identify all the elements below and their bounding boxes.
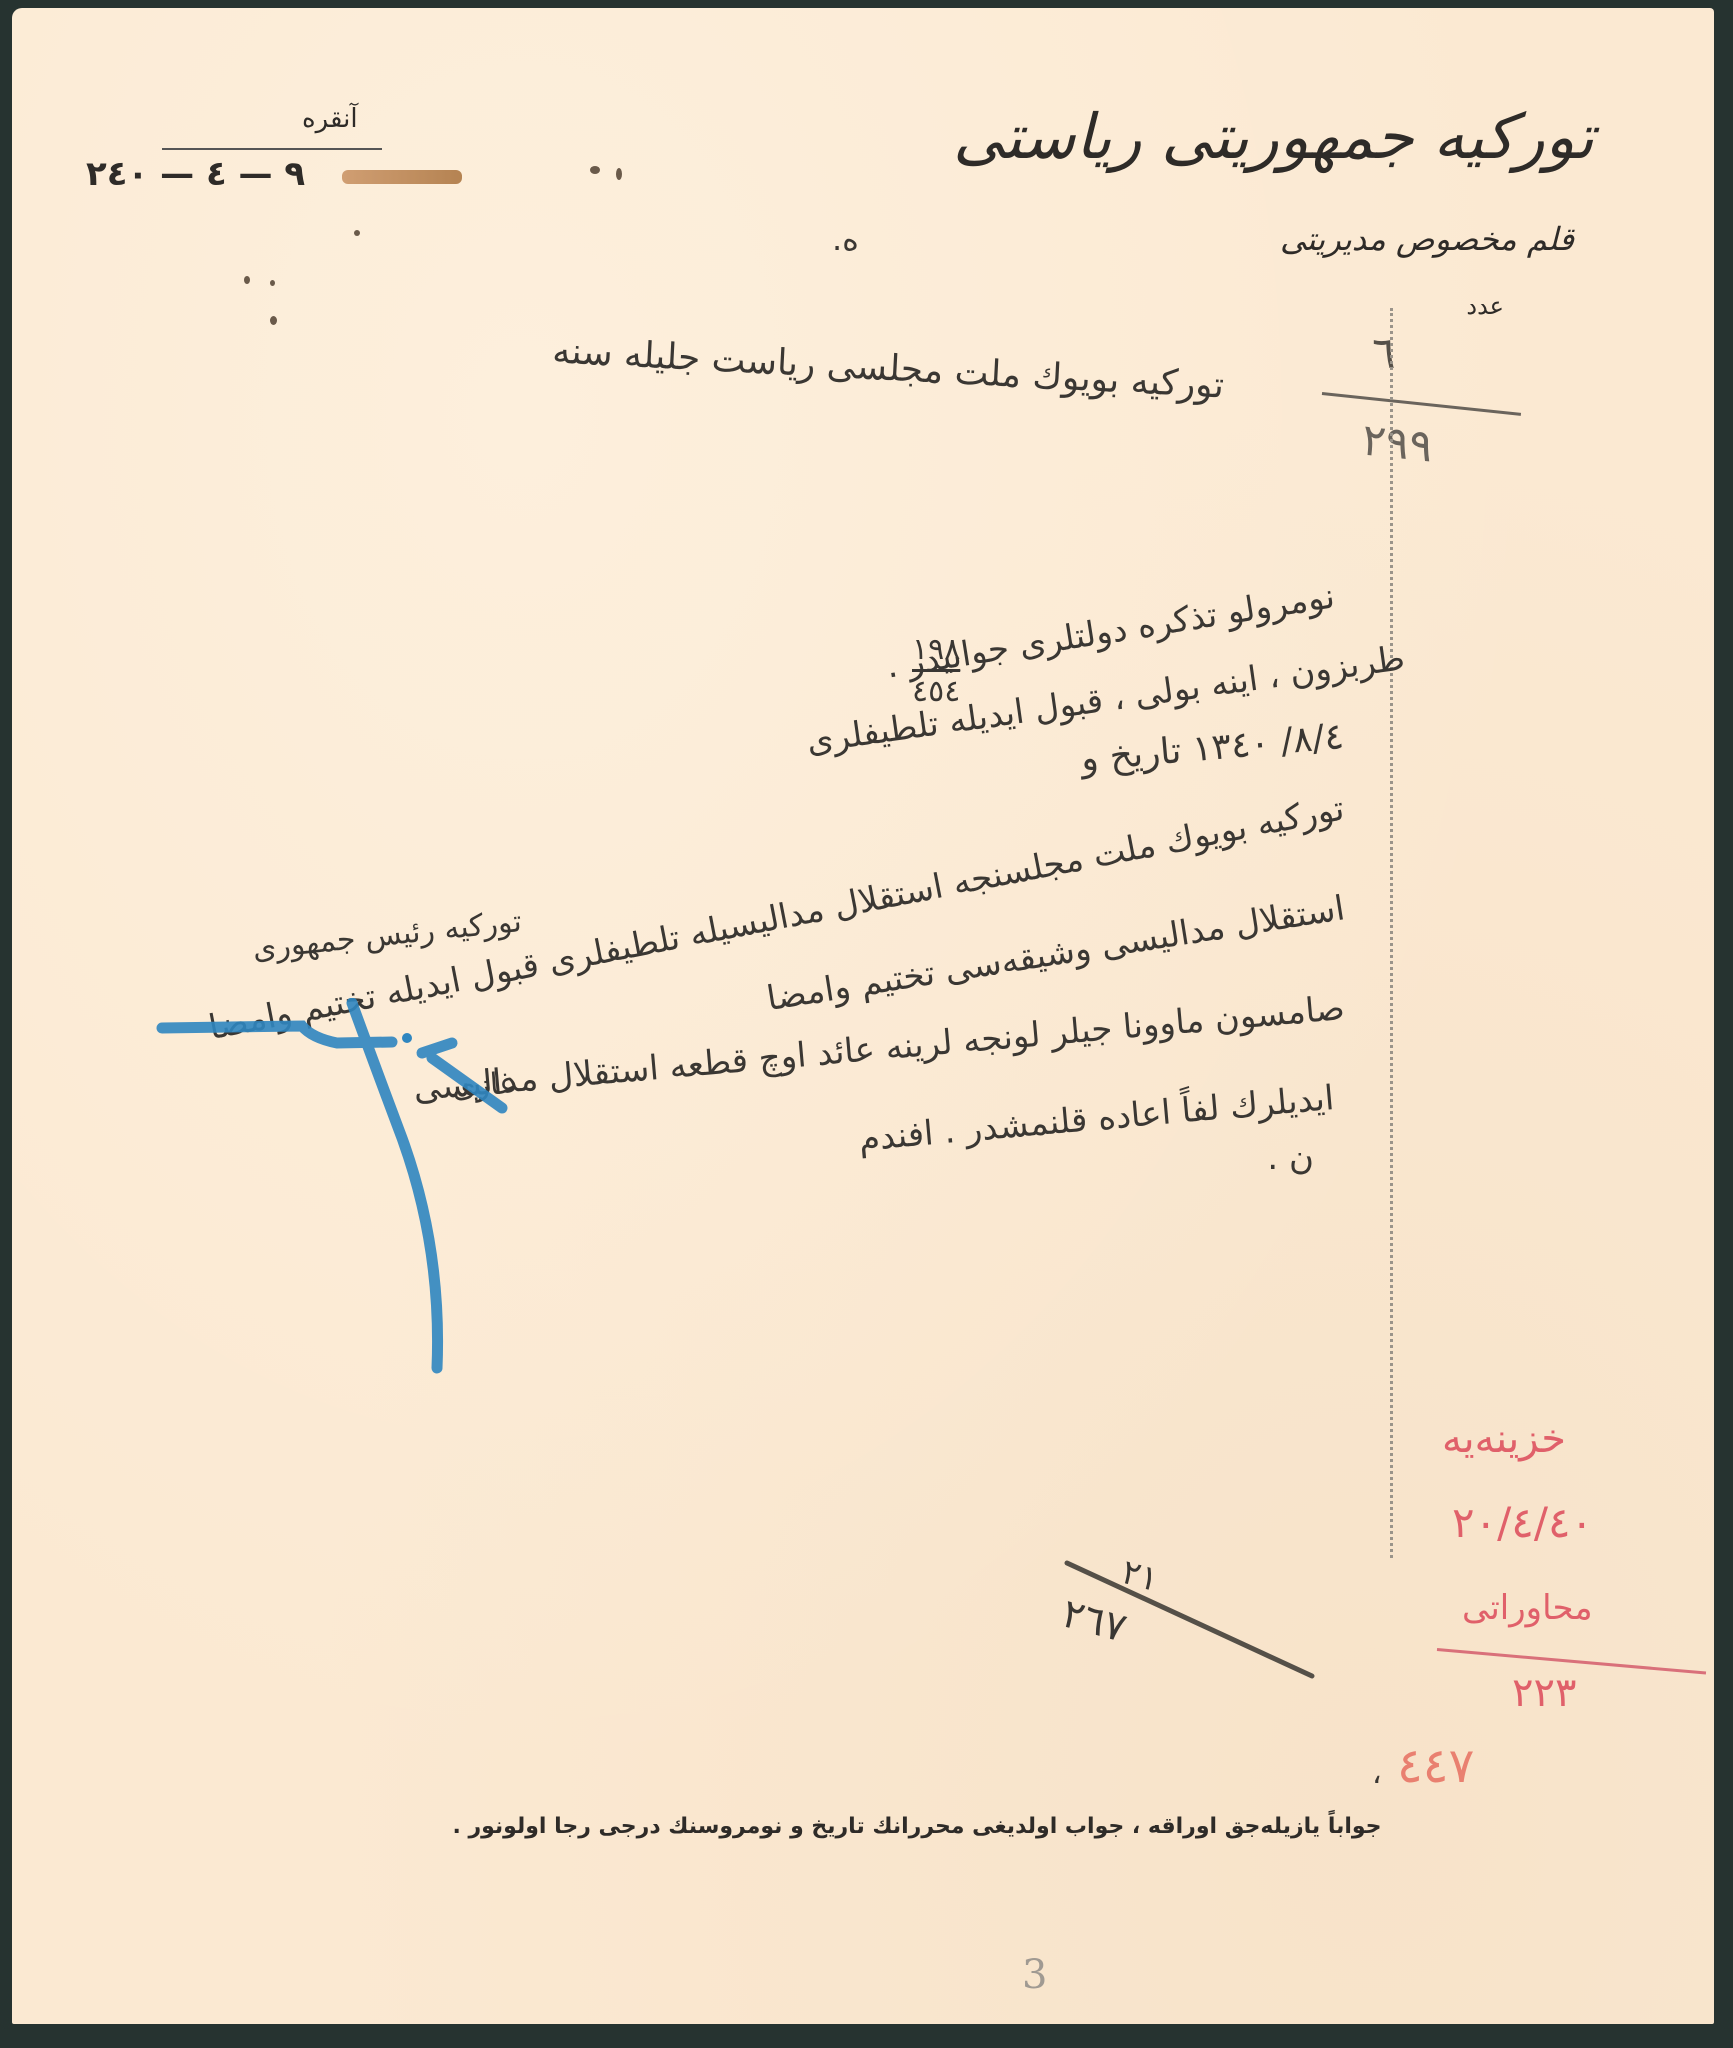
date-divider bbox=[162, 148, 382, 150]
red-annotation-1: خزينه‌يه bbox=[1442, 1416, 1566, 1462]
reference-number-bar bbox=[1322, 392, 1521, 416]
stain-dot bbox=[270, 280, 275, 286]
stain-dot bbox=[244, 276, 250, 284]
burn-stain bbox=[342, 170, 462, 184]
addressee: توركيه بويوك ملت مجلسی رياست جليله سنه bbox=[551, 330, 1225, 406]
side-mark: ، bbox=[1372, 1756, 1382, 1791]
body-line-7: ايديلرك لفاً اعاده قلنمشدر . افندم bbox=[857, 1078, 1336, 1159]
fraction-bottom: ٤٥٤ bbox=[912, 674, 960, 709]
page-number: 3 bbox=[1022, 1952, 1047, 1998]
closing-mark: ن . bbox=[1267, 1138, 1314, 1178]
red-annotation-number: ٢٢٣ bbox=[1512, 1670, 1576, 1716]
red-annotation-5: ٤٤٧ bbox=[1397, 1738, 1474, 1794]
stain-dot bbox=[590, 166, 600, 174]
place-label: آنقره bbox=[302, 104, 358, 134]
stain-dot bbox=[270, 316, 277, 325]
footer-note: جواباً يازيله‌جق اوراقه ، جواب اولديغی م… bbox=[452, 1814, 1382, 1839]
red-annotation-date: ٢٠/٤/٤٠ bbox=[1452, 1498, 1593, 1547]
number-label: عدد bbox=[1466, 292, 1504, 320]
reference-number-bottom: ٢٩٩ bbox=[1360, 414, 1436, 472]
stain-dot bbox=[354, 230, 360, 236]
fraction-bar bbox=[912, 669, 960, 672]
red-annotation-3: محاوراتی bbox=[1462, 1588, 1593, 1628]
document-page: توركيه جمهوريتی رياستی قلم مخصوص مديريتی… bbox=[12, 8, 1714, 2024]
margin-dotted-line bbox=[1390, 308, 1393, 1558]
stain-dot bbox=[616, 168, 622, 180]
fraction-top: ١٩٨ bbox=[912, 632, 960, 667]
letterhead-subtitle: قلم مخصوص مديريتی bbox=[1280, 220, 1574, 258]
document-date: ٩ — ٤ — ٢٤٠ bbox=[86, 154, 305, 194]
blue-pencil-signature-icon bbox=[152, 998, 532, 1378]
body-fraction: ١٩٨ ٤٥٤ bbox=[912, 632, 960, 709]
body-line-3-date-ref: ٨/٤/ ١٣٤٠ تاريخ و bbox=[1080, 716, 1346, 780]
header-mark: ه. bbox=[832, 220, 859, 258]
letterhead-title: توركيه جمهوريتی رياستی bbox=[953, 100, 1594, 173]
